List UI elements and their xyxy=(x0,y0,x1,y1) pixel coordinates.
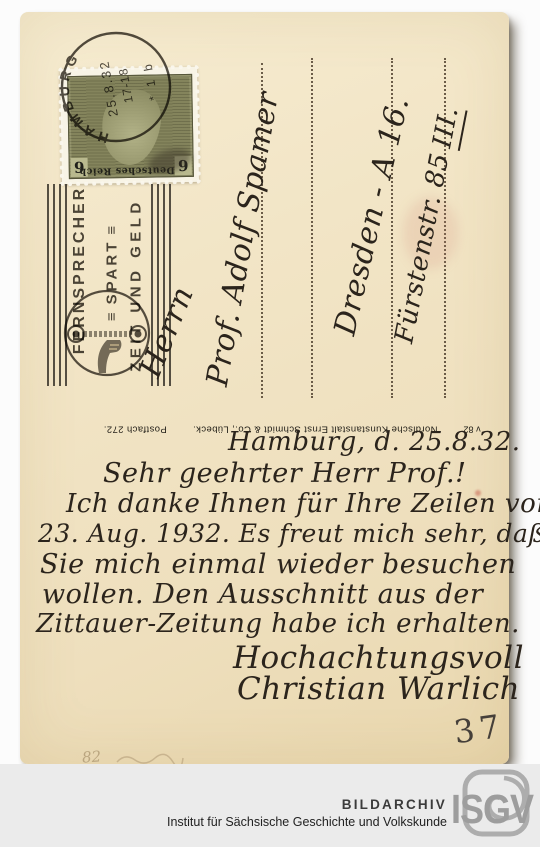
message-line: 23. Aug. 1932. Es freut mich sehr, daß xyxy=(38,519,540,548)
message-dateline: Hamburg, d. 25.8.32. xyxy=(228,427,521,457)
postcard-back: 6 6 Deutsches Reich HAMBURG 25.8.32 17-1… xyxy=(20,12,509,764)
message-line: Ich danke Ihnen für Ihre Zeilen vom xyxy=(66,489,540,519)
archive-footer-text: BILDARCHIV Institut für Sächsische Gesch… xyxy=(167,797,447,829)
postmark-ring xyxy=(53,24,178,149)
imprint-pobox: Postfach 272. xyxy=(103,424,166,435)
postmark-time: 17-18 xyxy=(116,66,136,104)
floor-number: III. xyxy=(427,104,467,151)
hamburg-postmark: HAMBURG 25.8.32 17-18 * 1 b xyxy=(53,24,179,150)
archive-subtitle: Institut für Sächsische Geschichte und V… xyxy=(167,815,447,829)
archive-title: BILDARCHIV xyxy=(167,797,447,812)
message-signature: Christian Warlich xyxy=(237,671,520,707)
postmark-marks: * 1 b xyxy=(140,60,161,102)
message-line: Zittauer-Zeitung habe ich erhalten. xyxy=(36,609,520,639)
message-line: Sie mich einmal wieder besuchen xyxy=(40,549,516,580)
message-line: Sehr geehrter Herr Prof.! xyxy=(103,458,466,489)
archive-footer: BILDARCHIV Institut für Sächsische Gesch… xyxy=(0,764,540,847)
message-line: wollen. Den Ausschnitt aus der xyxy=(42,579,483,610)
isgv-logo: ISGV xyxy=(448,766,536,846)
address-recipient: Prof. Adolf Spamer xyxy=(200,89,286,389)
address-line xyxy=(311,58,313,398)
postmark-date: 25.8.32 xyxy=(96,59,121,118)
archive-scan-page: 6 6 Deutsches Reich HAMBURG 25.8.32 17-1… xyxy=(0,0,540,847)
logo-letters: ISGV xyxy=(451,787,535,832)
archive-number: 37 xyxy=(452,707,508,752)
